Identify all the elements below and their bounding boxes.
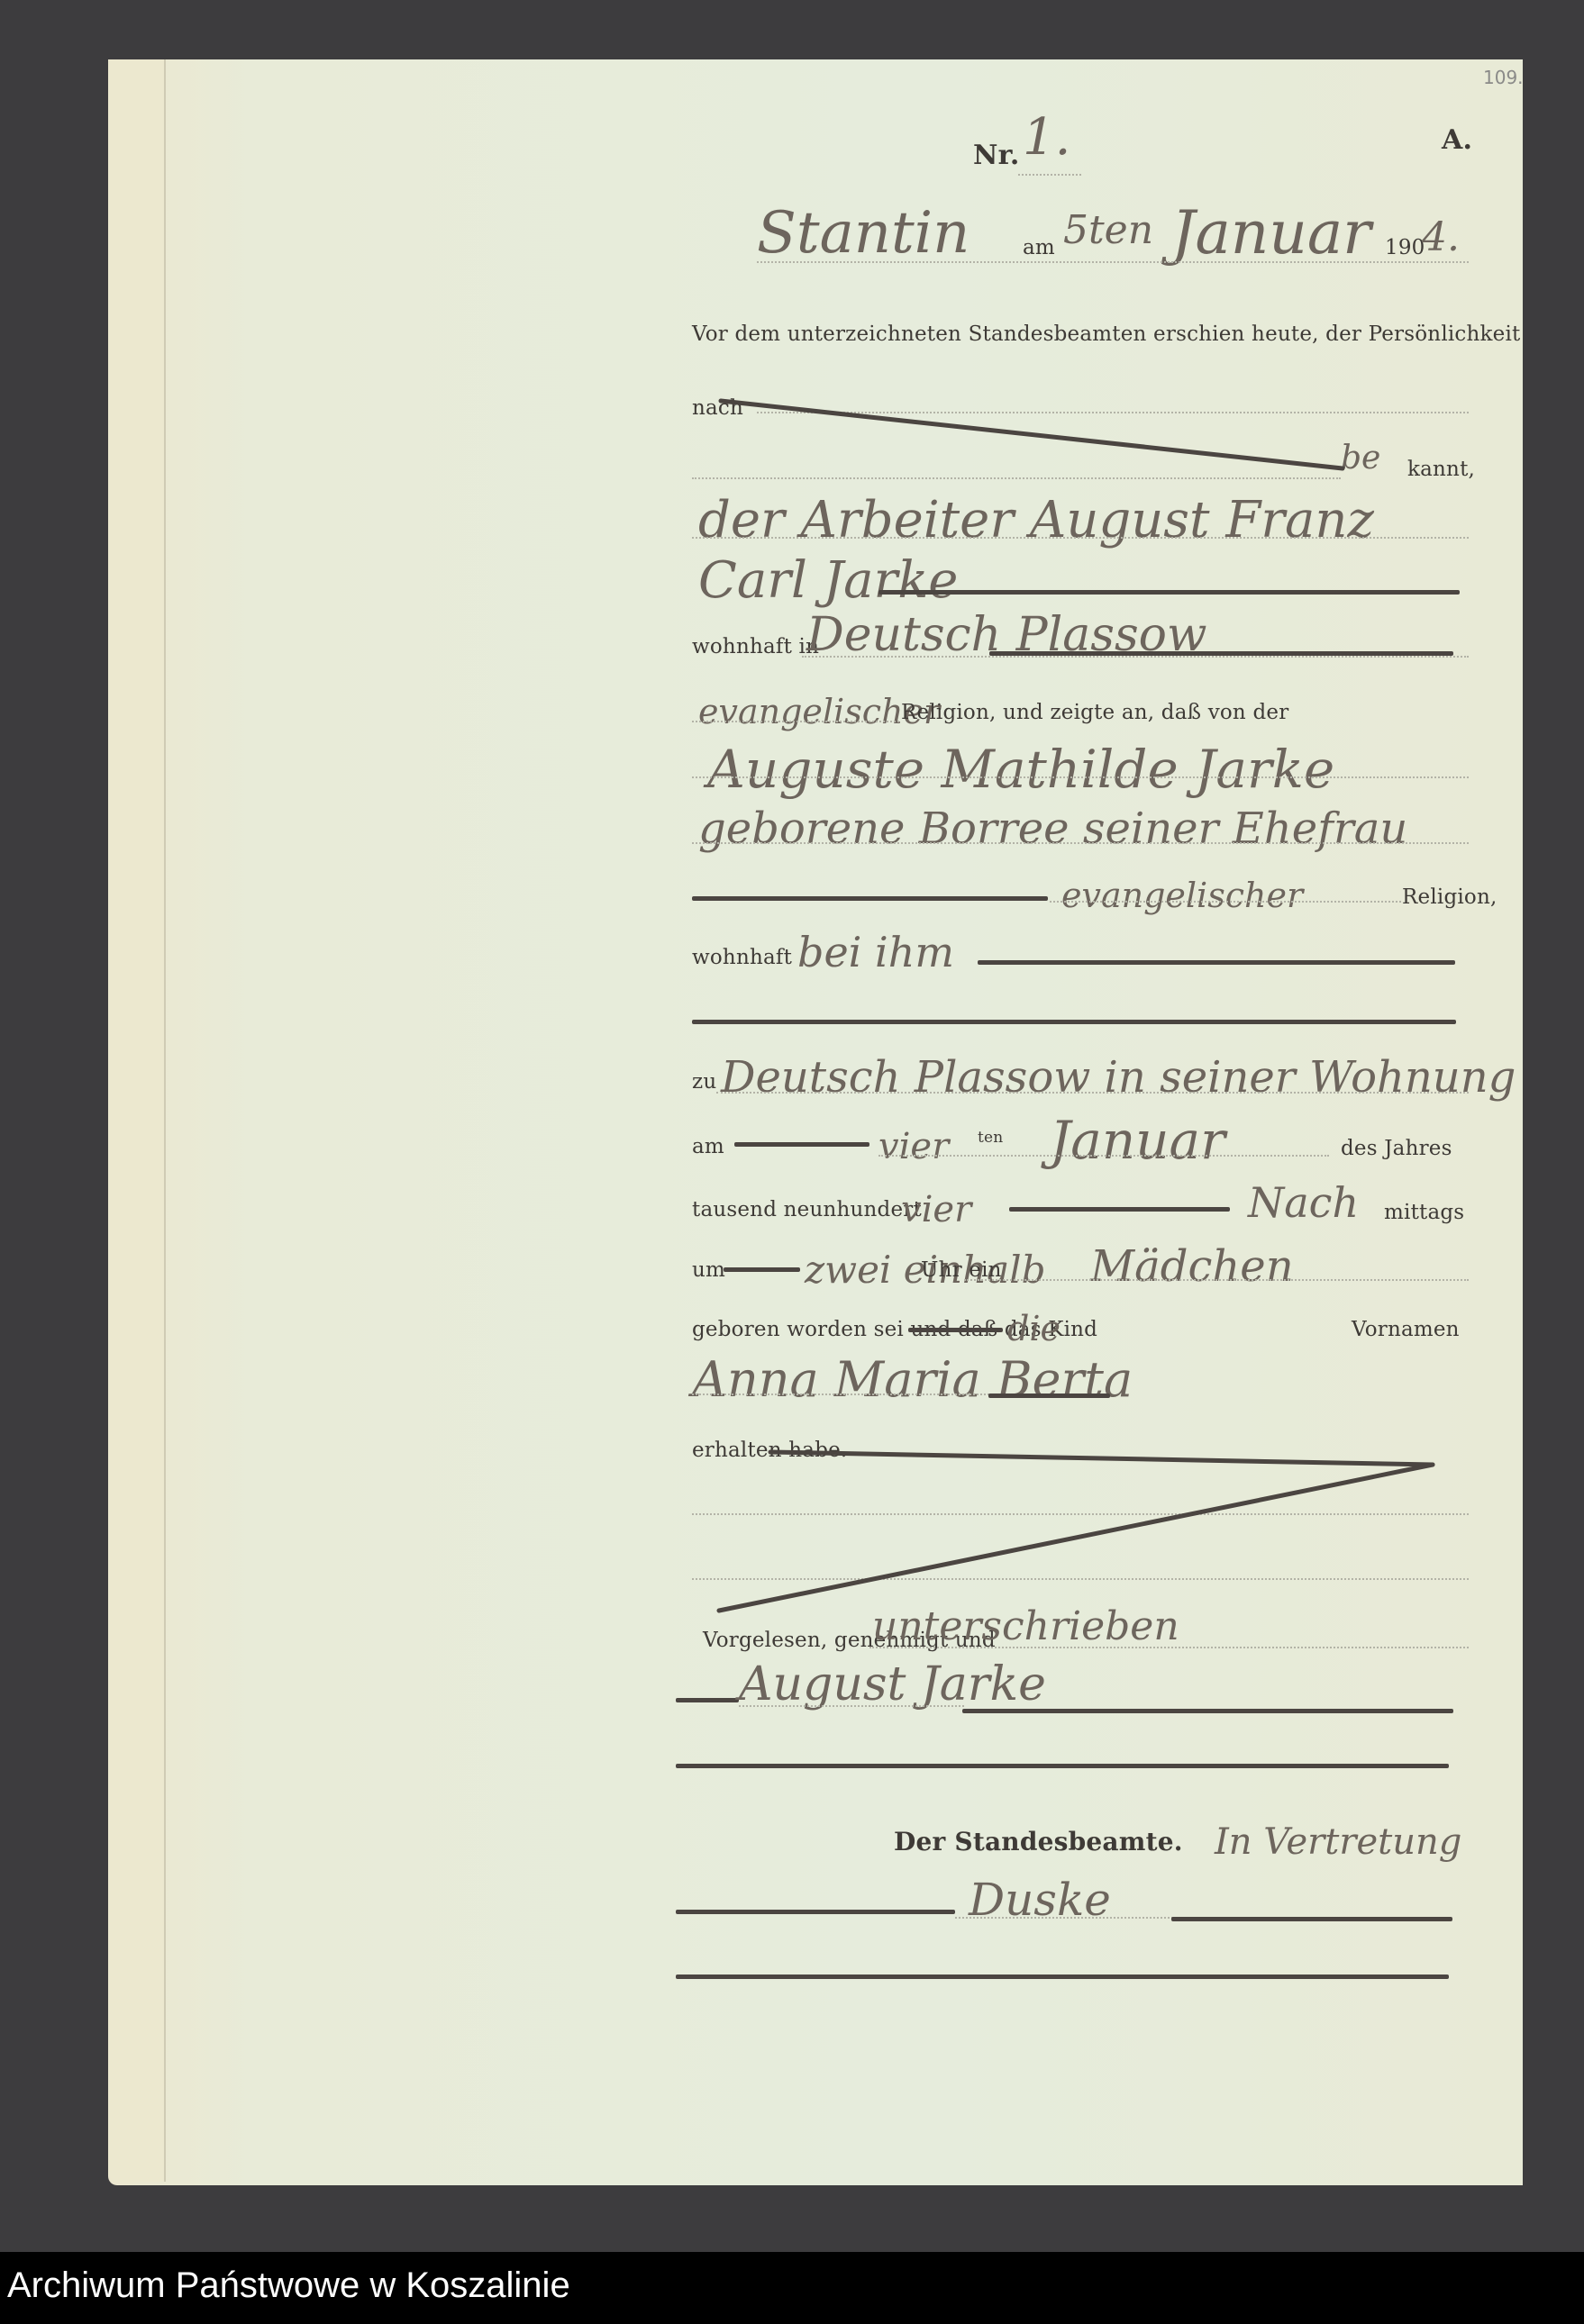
- informant-signature: August Jarke: [739, 1657, 1046, 1711]
- fill-bar: [676, 1974, 1449, 1979]
- fill-bar: [1171, 1917, 1452, 1921]
- dotted-line: [739, 1705, 964, 1707]
- fill-bar: [676, 1910, 955, 1914]
- fill-bar: [676, 1698, 739, 1702]
- fill-bar: [676, 1764, 1449, 1768]
- standesbeamte-label: Der Standesbeamte.: [894, 1827, 1183, 1856]
- fill-bar: [962, 1709, 1453, 1713]
- strike-lines: [0, 0, 1584, 2252]
- dotted-line: [869, 1647, 1469, 1648]
- official-note: In Vertretung: [1215, 1821, 1461, 1863]
- archive-name: Archiwum Państwowe w Koszalinie: [7, 2265, 570, 2306]
- signed-note: unterschrieben: [872, 1603, 1179, 1649]
- dotted-line: [955, 1917, 1173, 1919]
